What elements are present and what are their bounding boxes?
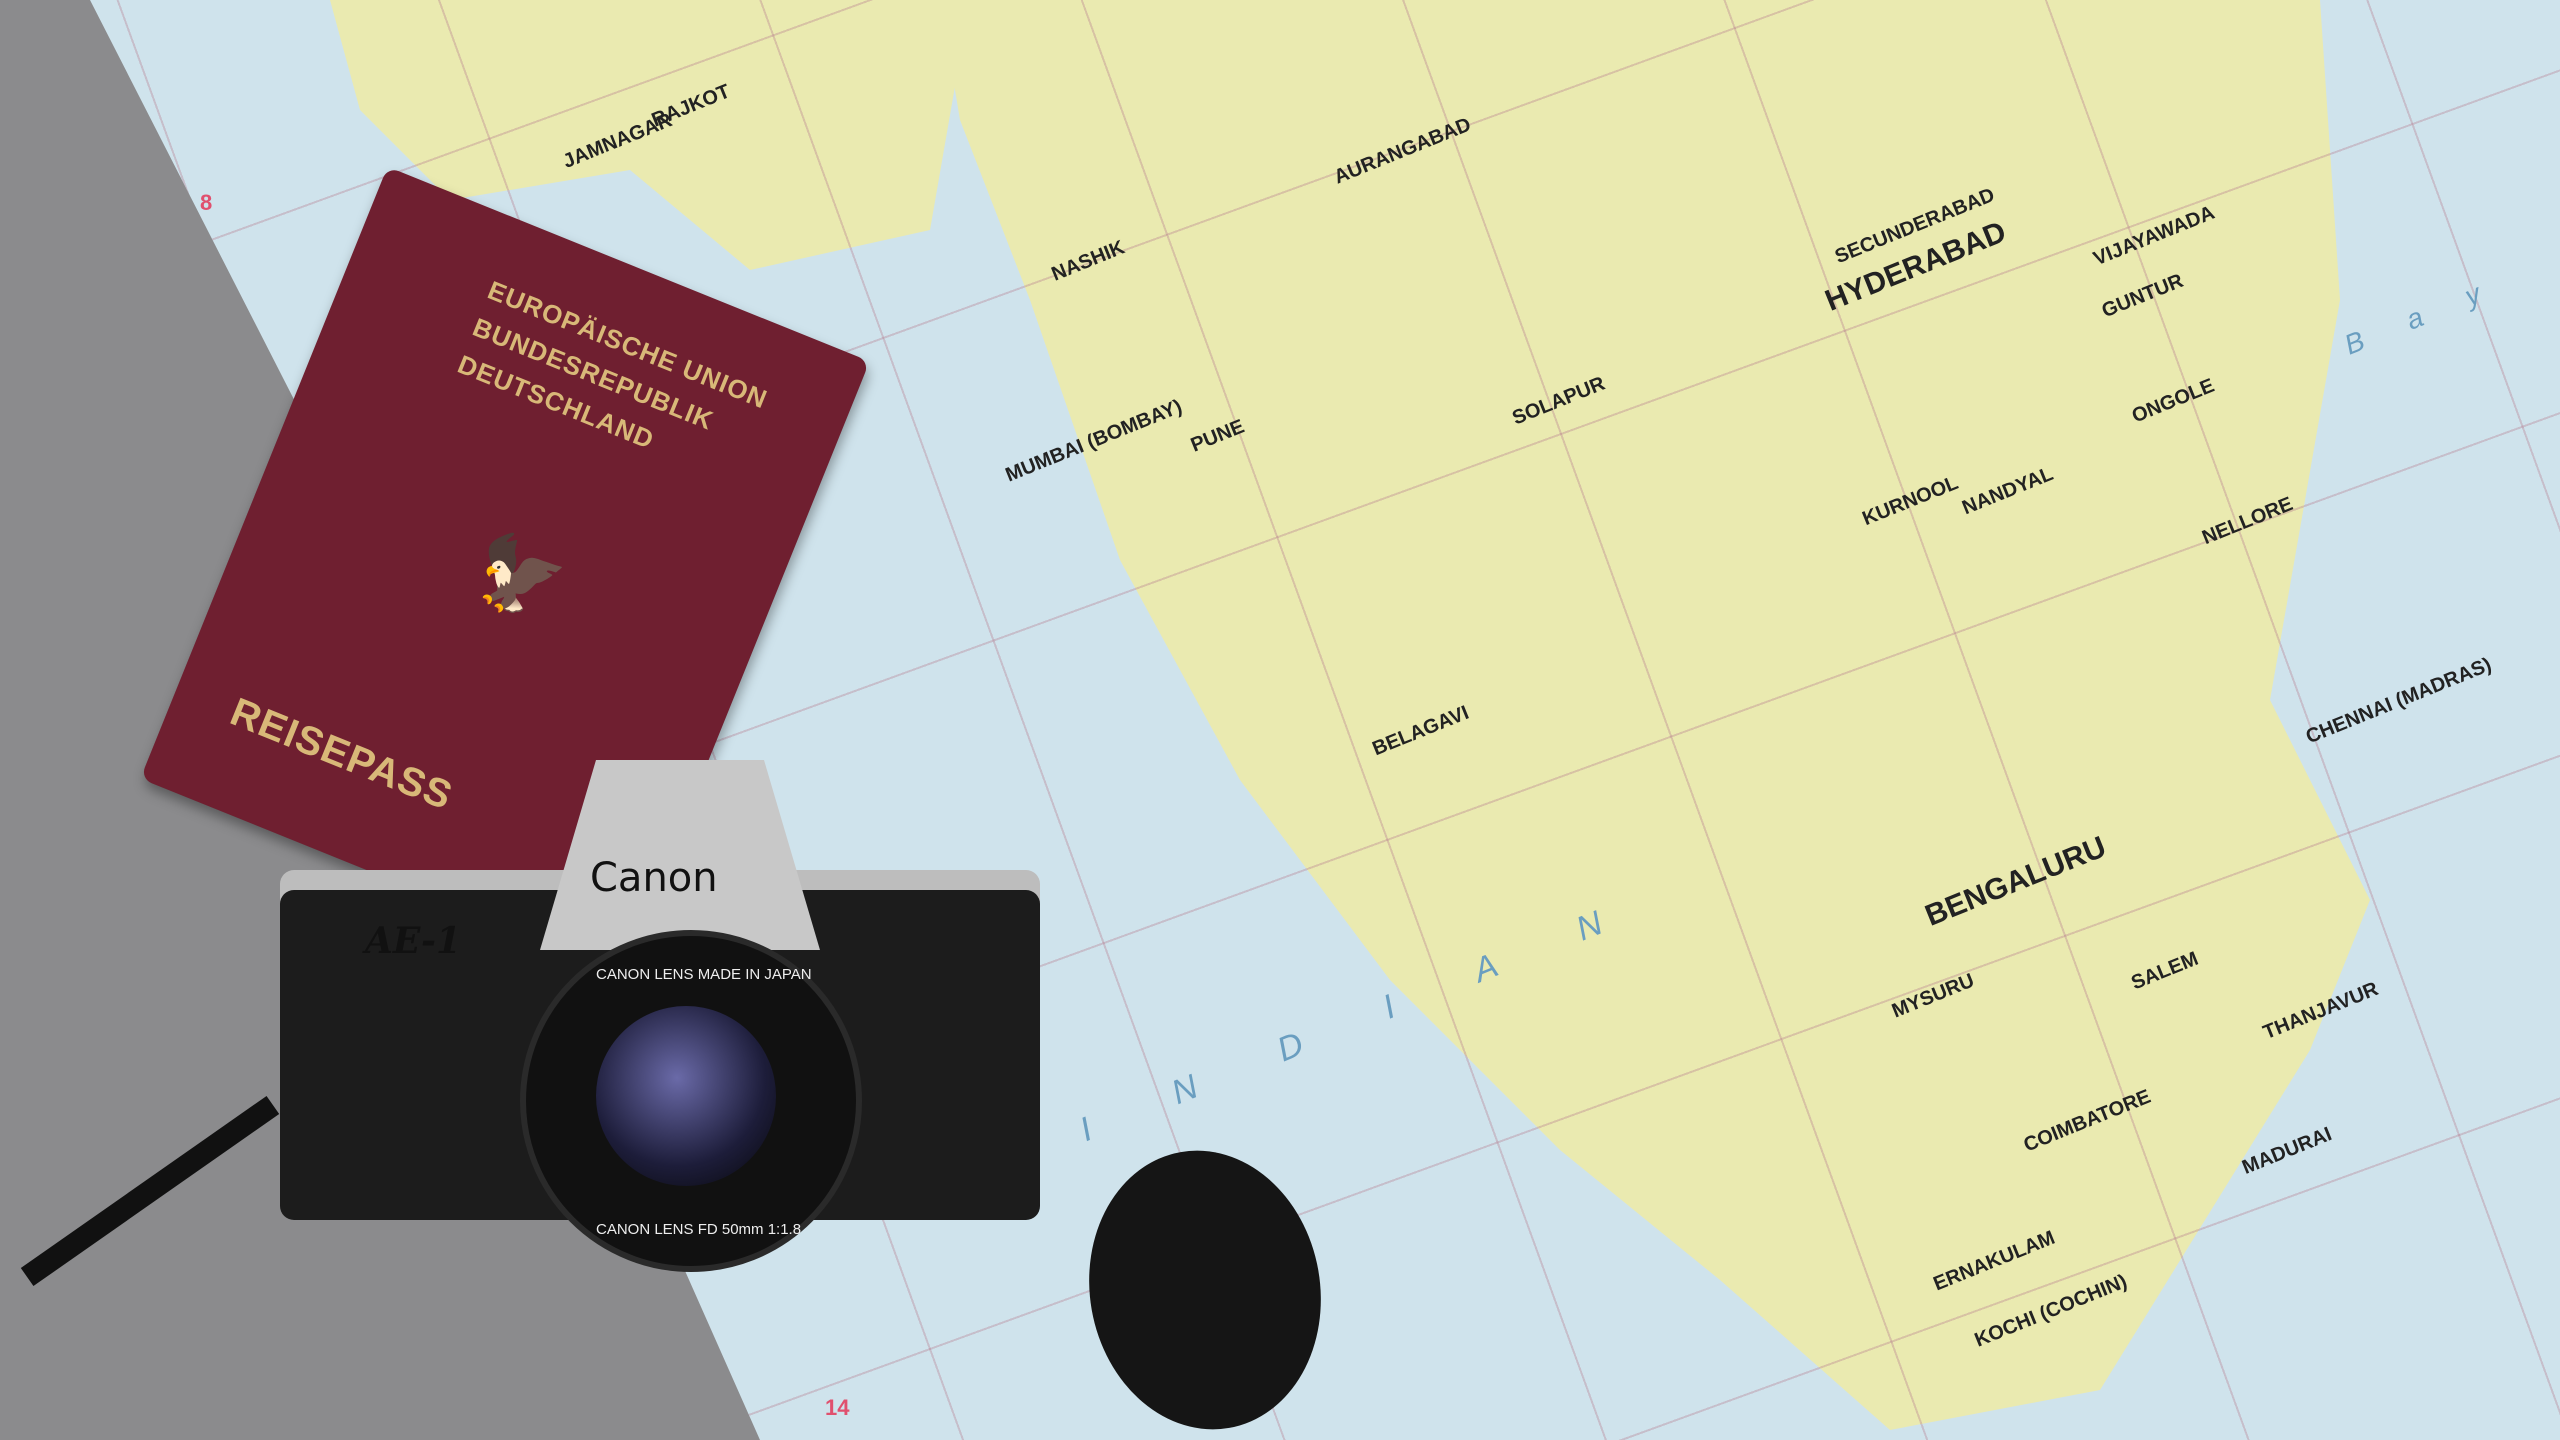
lens-text-bottom: CANON LENS FD 50mm 1:1.8	[596, 1221, 801, 1238]
eagle-emblem-icon: 🦅	[460, 522, 575, 634]
grid-number: 8	[200, 190, 212, 216]
grid-number: 14	[825, 1395, 849, 1421]
lens-text-top: CANON LENS MADE IN JAPAN	[596, 966, 812, 983]
camera-brand: Canon	[590, 855, 718, 901]
camera: Canon AE-1 CANON LENS MADE IN JAPAN CANO…	[260, 760, 1060, 1230]
camera-model: AE-1	[365, 920, 461, 962]
lens-glass	[596, 1006, 776, 1186]
camera-strap	[21, 1096, 279, 1286]
camera-lens: CANON LENS MADE IN JAPAN CANON LENS FD 5…	[520, 930, 862, 1272]
